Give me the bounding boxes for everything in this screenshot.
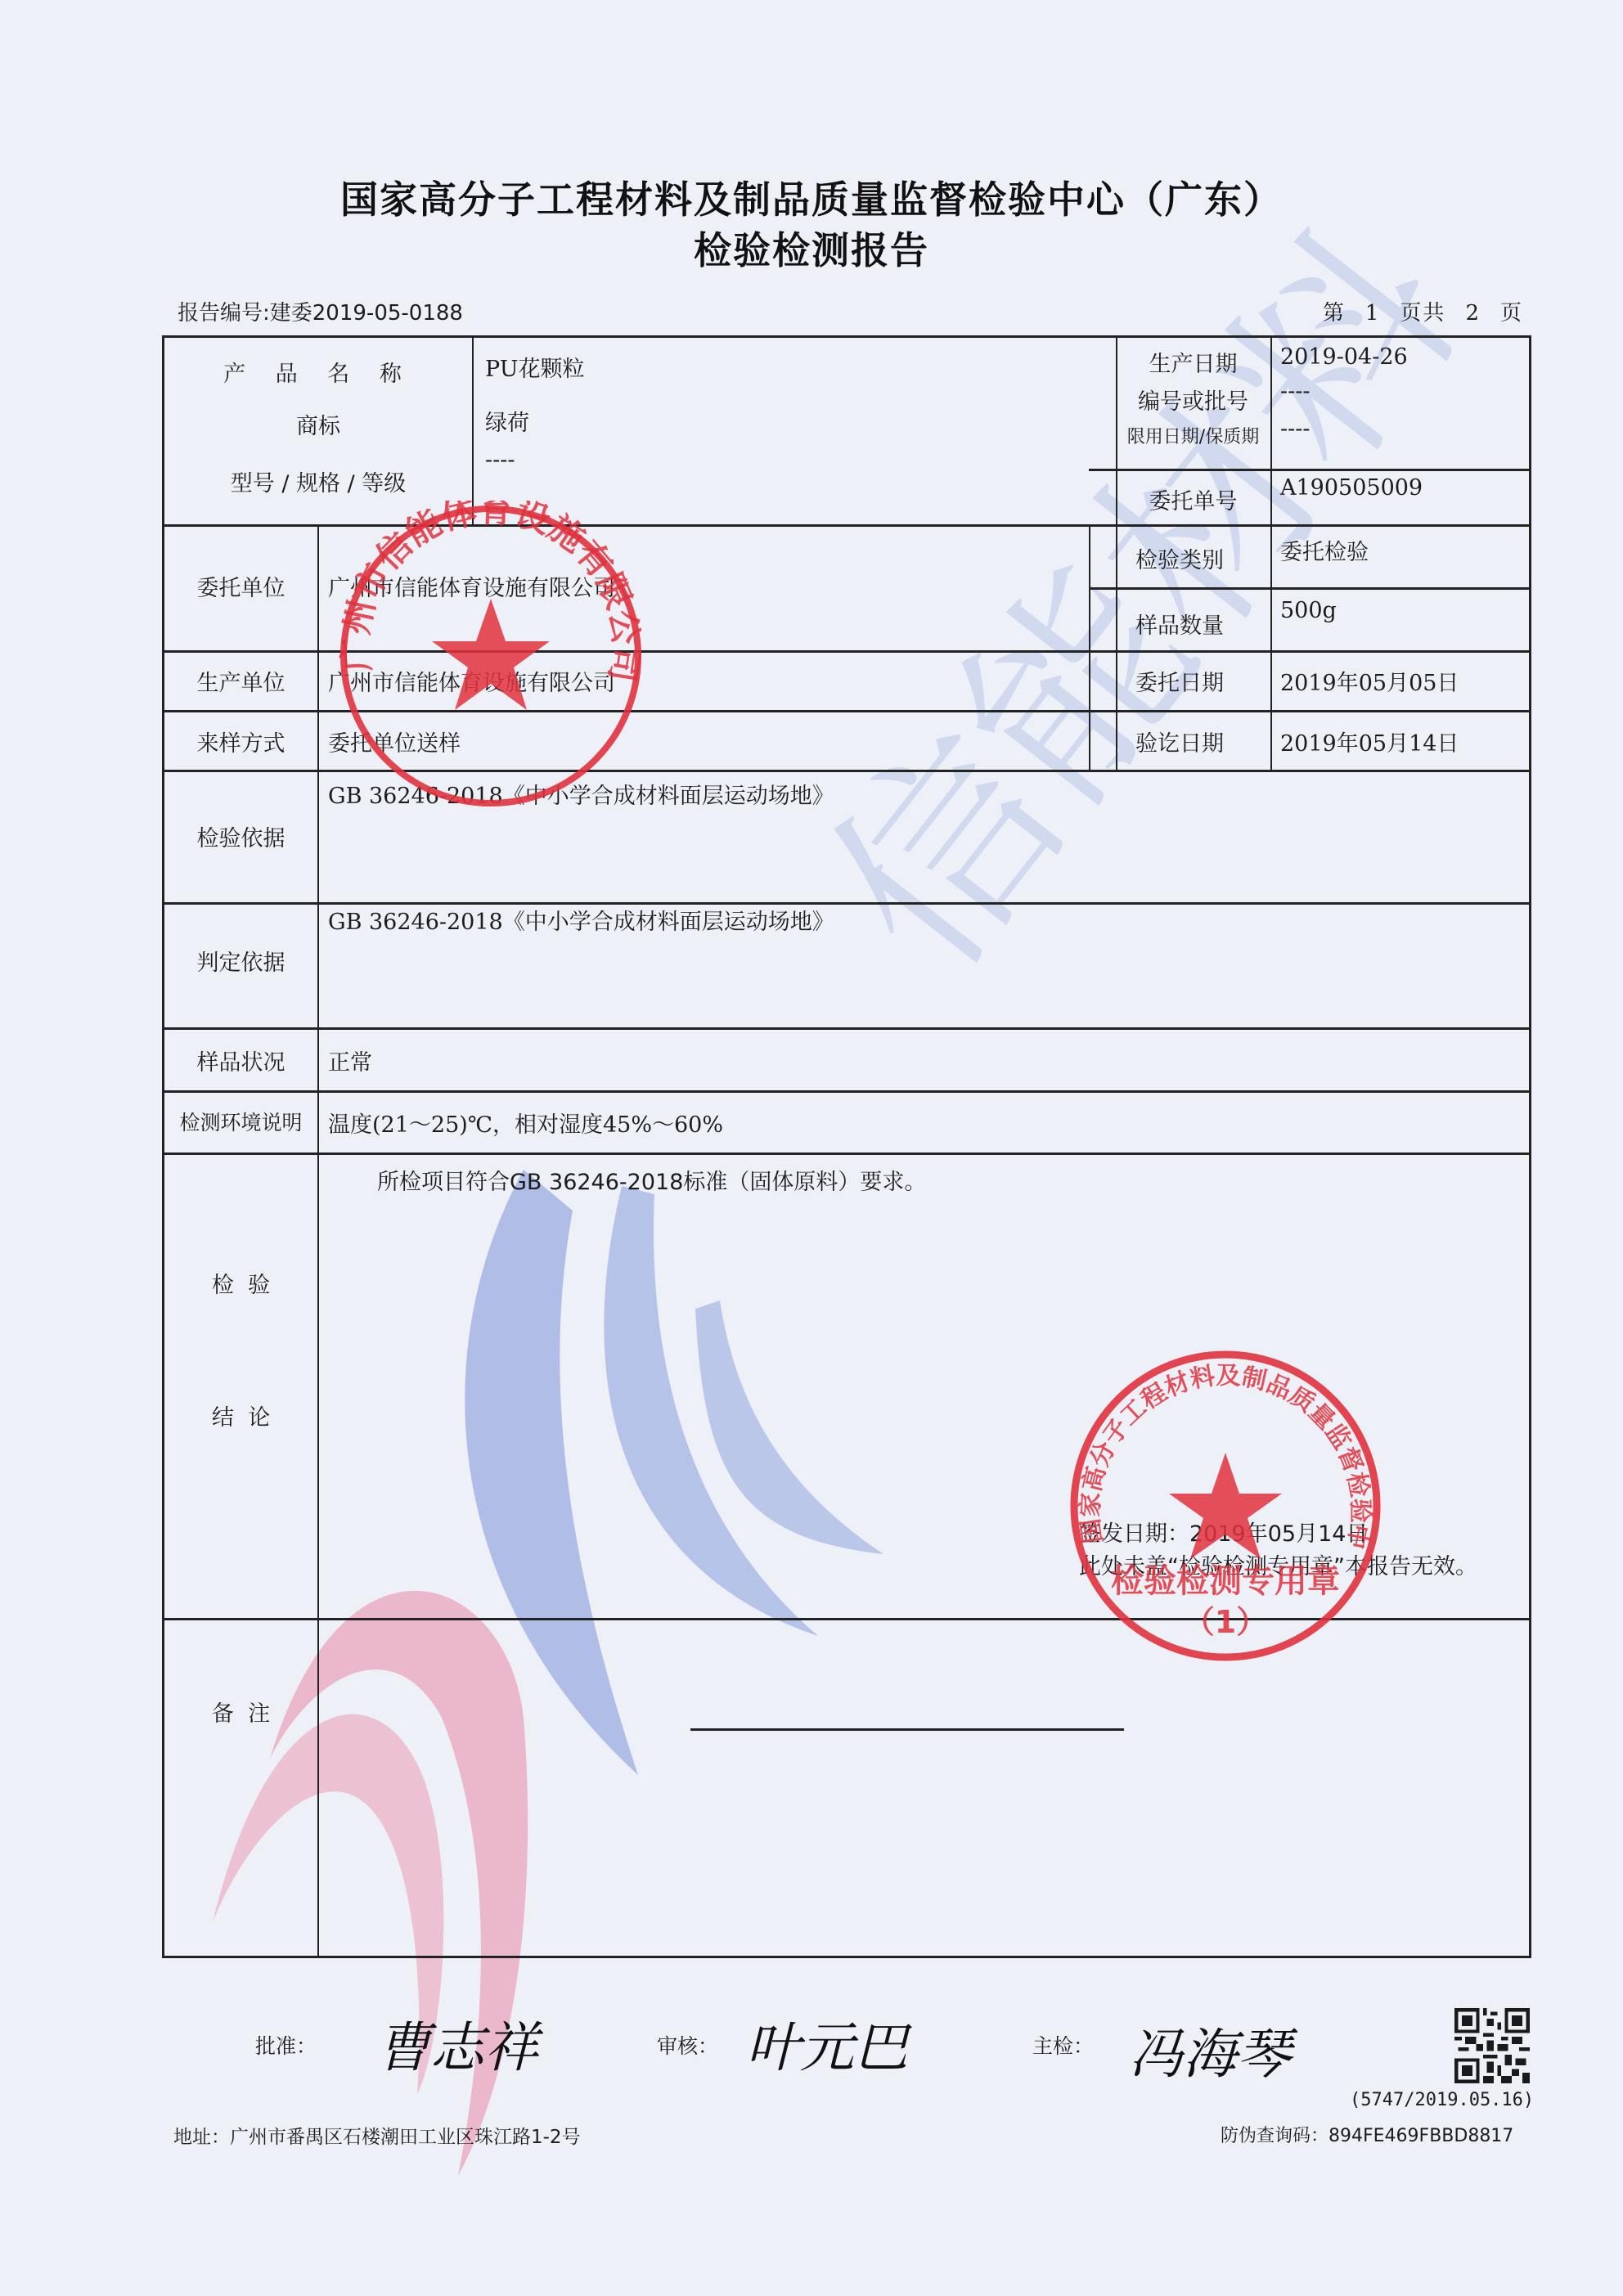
inspection-type-label: 检验类别	[1089, 542, 1270, 574]
address: 地址：广州市番禺区石楼潮田工业区珠江路1-2号	[173, 2122, 581, 2149]
sample-state-label: 样品状况	[164, 1045, 317, 1076]
manufacturer-value: 广州市信能体育设施有限公司	[328, 665, 615, 697]
trademark-value: 绿荷	[485, 405, 529, 437]
batch-no-label: 编号或批号	[1116, 384, 1270, 416]
production-date-value: 2019-04-26	[1280, 344, 1408, 370]
sample-qty-value: 500g	[1280, 598, 1337, 623]
order-no-label: 委托单号	[1116, 483, 1270, 515]
expiry-value: ----	[1280, 416, 1311, 442]
client-label: 委托单位	[164, 570, 317, 602]
basis-label: 检验依据	[164, 820, 317, 852]
product-name-label: 产 品 名 称	[164, 356, 472, 388]
review-label: 审核：	[657, 2030, 718, 2060]
sampling-label: 来样方式	[164, 726, 317, 757]
stamp-notice: 此处未盖“检验检测专用章”本报告无效。	[1079, 1548, 1477, 1580]
sample-qty-label: 样品数量	[1089, 608, 1270, 640]
model-label: 型号 / 规格 / 等级	[164, 465, 472, 497]
basis-value: GB 36246-2018《中小学合成材料面层运动场地》	[328, 778, 834, 810]
environment-label: 检测环境说明	[164, 1107, 317, 1136]
review-signature: 叶元巴	[746, 2004, 908, 2082]
expiry-label: 限用日期/保质期	[1116, 423, 1270, 448]
page-suffix: 页	[1500, 301, 1523, 326]
report-subtitle: 检验检测报告	[0, 221, 1623, 275]
verify-code: 防伪查询码：894FE469FBBD8817	[1221, 2122, 1513, 2147]
report-number: 报告编号:建委2019-05-0188	[178, 296, 463, 326]
production-date-label: 生产日期	[1116, 346, 1270, 378]
page-indicator: 第1页共2页	[1313, 296, 1533, 326]
page-total: 2	[1465, 301, 1481, 326]
page-prefix: 第	[1323, 301, 1346, 326]
qr-code-icon[interactable]	[1454, 2008, 1530, 2083]
order-date-label: 委托日期	[1089, 665, 1270, 697]
manufacturer-label: 生产单位	[164, 665, 317, 697]
batch-no-value: ----	[1280, 379, 1311, 404]
report-number-label: 报告编号:	[178, 301, 270, 326]
complete-date-label: 验讫日期	[1089, 726, 1270, 757]
sample-state-value: 正常	[328, 1045, 372, 1076]
environment-value: 温度(21～25)℃，相对湿度45%～60%	[328, 1107, 723, 1139]
inspector-signature: 冯海琴	[1129, 2011, 1291, 2088]
conclusion-label-1: 检 验	[164, 1267, 317, 1299]
model-value: ----	[485, 447, 515, 473]
remarks-end-line	[690, 1728, 1124, 1731]
remarks-label: 备 注	[164, 1696, 317, 1728]
page-current: 1	[1365, 301, 1381, 326]
complete-date-value: 2019年05月14日	[1280, 726, 1459, 757]
judgment-value: GB 36246-2018《中小学合成材料面层运动场地》	[328, 904, 834, 936]
report-title: 国家高分子工程材料及制品质量监督检验中心（广东）	[0, 170, 1623, 224]
inspector-label: 主检：	[1032, 2030, 1094, 2060]
inspection-type-value: 委托检验	[1280, 534, 1369, 566]
serial-number: (5747/2019.05.16)	[1350, 2090, 1534, 2110]
approve-signature: 曹志祥	[376, 2004, 538, 2082]
conclusion-text: 所检项目符合GB 36246-2018标准（固体原料）要求。	[377, 1164, 926, 1196]
sampling-value: 委托单位送样	[328, 726, 461, 757]
report-number-value: 建委2019-05-0188	[270, 301, 463, 326]
conclusion-label-2: 结 论	[164, 1400, 317, 1431]
order-date-value: 2019年05月05日	[1280, 665, 1459, 697]
judgment-label: 判定依据	[164, 945, 317, 977]
order-no-value: A190505009	[1280, 475, 1423, 501]
page-mid: 页共	[1400, 301, 1445, 326]
trademark-label: 商标	[164, 408, 472, 440]
approve-label: 批准：	[255, 2030, 317, 2060]
client-value: 广州市信能体育设施有限公司	[328, 570, 615, 602]
product-name-value: PU花颗粒	[485, 351, 584, 383]
report-table: 产 品 名 称 PU花颗粒 商标 绿荷 型号 / 规格 / 等级 ---- 生产…	[162, 335, 1531, 1958]
issue-date: 签发日期：2019年05月14日	[1079, 1516, 1368, 1548]
